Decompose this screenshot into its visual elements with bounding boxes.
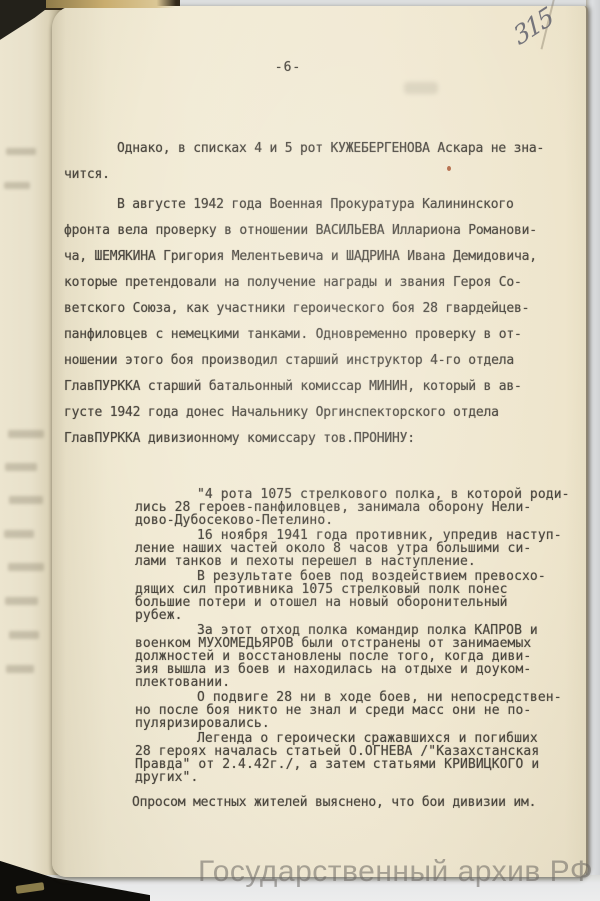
bleed-through-text bbox=[6, 665, 34, 673]
quote-paragraph-6: Легенда о героически сражавшихся и погиб… bbox=[135, 732, 587, 784]
quote-paragraph-3: В результате боев под воздействием прево… bbox=[135, 570, 587, 622]
bleed-through-text bbox=[8, 430, 44, 438]
archive-watermark: Государственный архив РФ bbox=[198, 855, 593, 889]
bleed-through-text bbox=[5, 597, 38, 605]
document-page: -6- Однако, в списках 4 и 5 рот КУЖЕБЕРГ… bbox=[52, 6, 588, 877]
paragraph-2: В августе 1942 года Военная Прокуратура … bbox=[64, 192, 573, 452]
quote-paragraph-2: 16 ноября 1941 года противник, упредив н… bbox=[135, 529, 587, 568]
bleed-through-text bbox=[8, 563, 44, 571]
quote-paragraph-1: "4 рота 1075 стрелкового полка, в которо… bbox=[135, 488, 587, 527]
scanner-bed-right bbox=[586, 0, 600, 901]
closing-line: Опросом местных жителей выяснено, что бо… bbox=[132, 795, 577, 811]
pencil-smudge bbox=[404, 82, 438, 94]
bleed-through-text bbox=[6, 148, 36, 155]
quote-paragraph-5: О подвиге 28 ни в ходе боев, ни непосред… bbox=[135, 691, 587, 730]
bleed-through-text bbox=[4, 182, 30, 189]
bleed-through-text bbox=[5, 463, 37, 471]
page-number: -6- bbox=[52, 60, 524, 75]
quote-paragraph-4: За этот отход полка командир полка КАПРО… bbox=[135, 624, 587, 689]
scan-background: -6- Однако, в списках 4 и 5 рот КУЖЕБЕРГ… bbox=[0, 0, 600, 901]
paragraph-1: Однако, в списках 4 и 5 рот КУЖЕБЕРГЕНОВ… bbox=[64, 136, 569, 188]
bleed-through-text bbox=[9, 631, 39, 639]
quote-block: "4 рота 1075 стрелкового полка, в которо… bbox=[135, 488, 587, 786]
binding-tape-edge bbox=[46, 0, 176, 8]
bleed-through-text bbox=[4, 530, 34, 538]
bleed-through-text bbox=[9, 496, 43, 504]
